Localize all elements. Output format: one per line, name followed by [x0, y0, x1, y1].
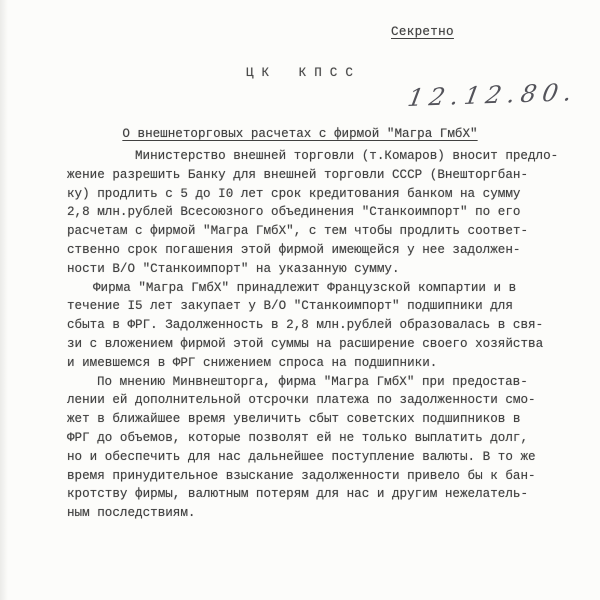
document-body: Министерство внешней торговли (т.Комаров…: [67, 147, 559, 523]
classification-stamp: Секретно: [391, 25, 454, 39]
document-title: О внешнеторговых расчетах с фирмой "Магр…: [0, 127, 600, 141]
paragraph-ministry-opinion: По мнению Минвнешторга, фирма "Магра Гмб…: [67, 373, 559, 523]
handwritten-date: 12.12.80.: [406, 78, 581, 112]
paragraph-firm-background: Фирма "Магра ГмбХ" принадлежит Французск…: [67, 279, 559, 373]
paragraph-proposal: Министерство внешней торговли (т.Комаров…: [67, 147, 559, 279]
document-page: Секретно ЦК КПСС 12.12.80. О внешнеторго…: [0, 0, 600, 600]
recipient-heading: ЦК КПСС: [246, 66, 361, 80]
